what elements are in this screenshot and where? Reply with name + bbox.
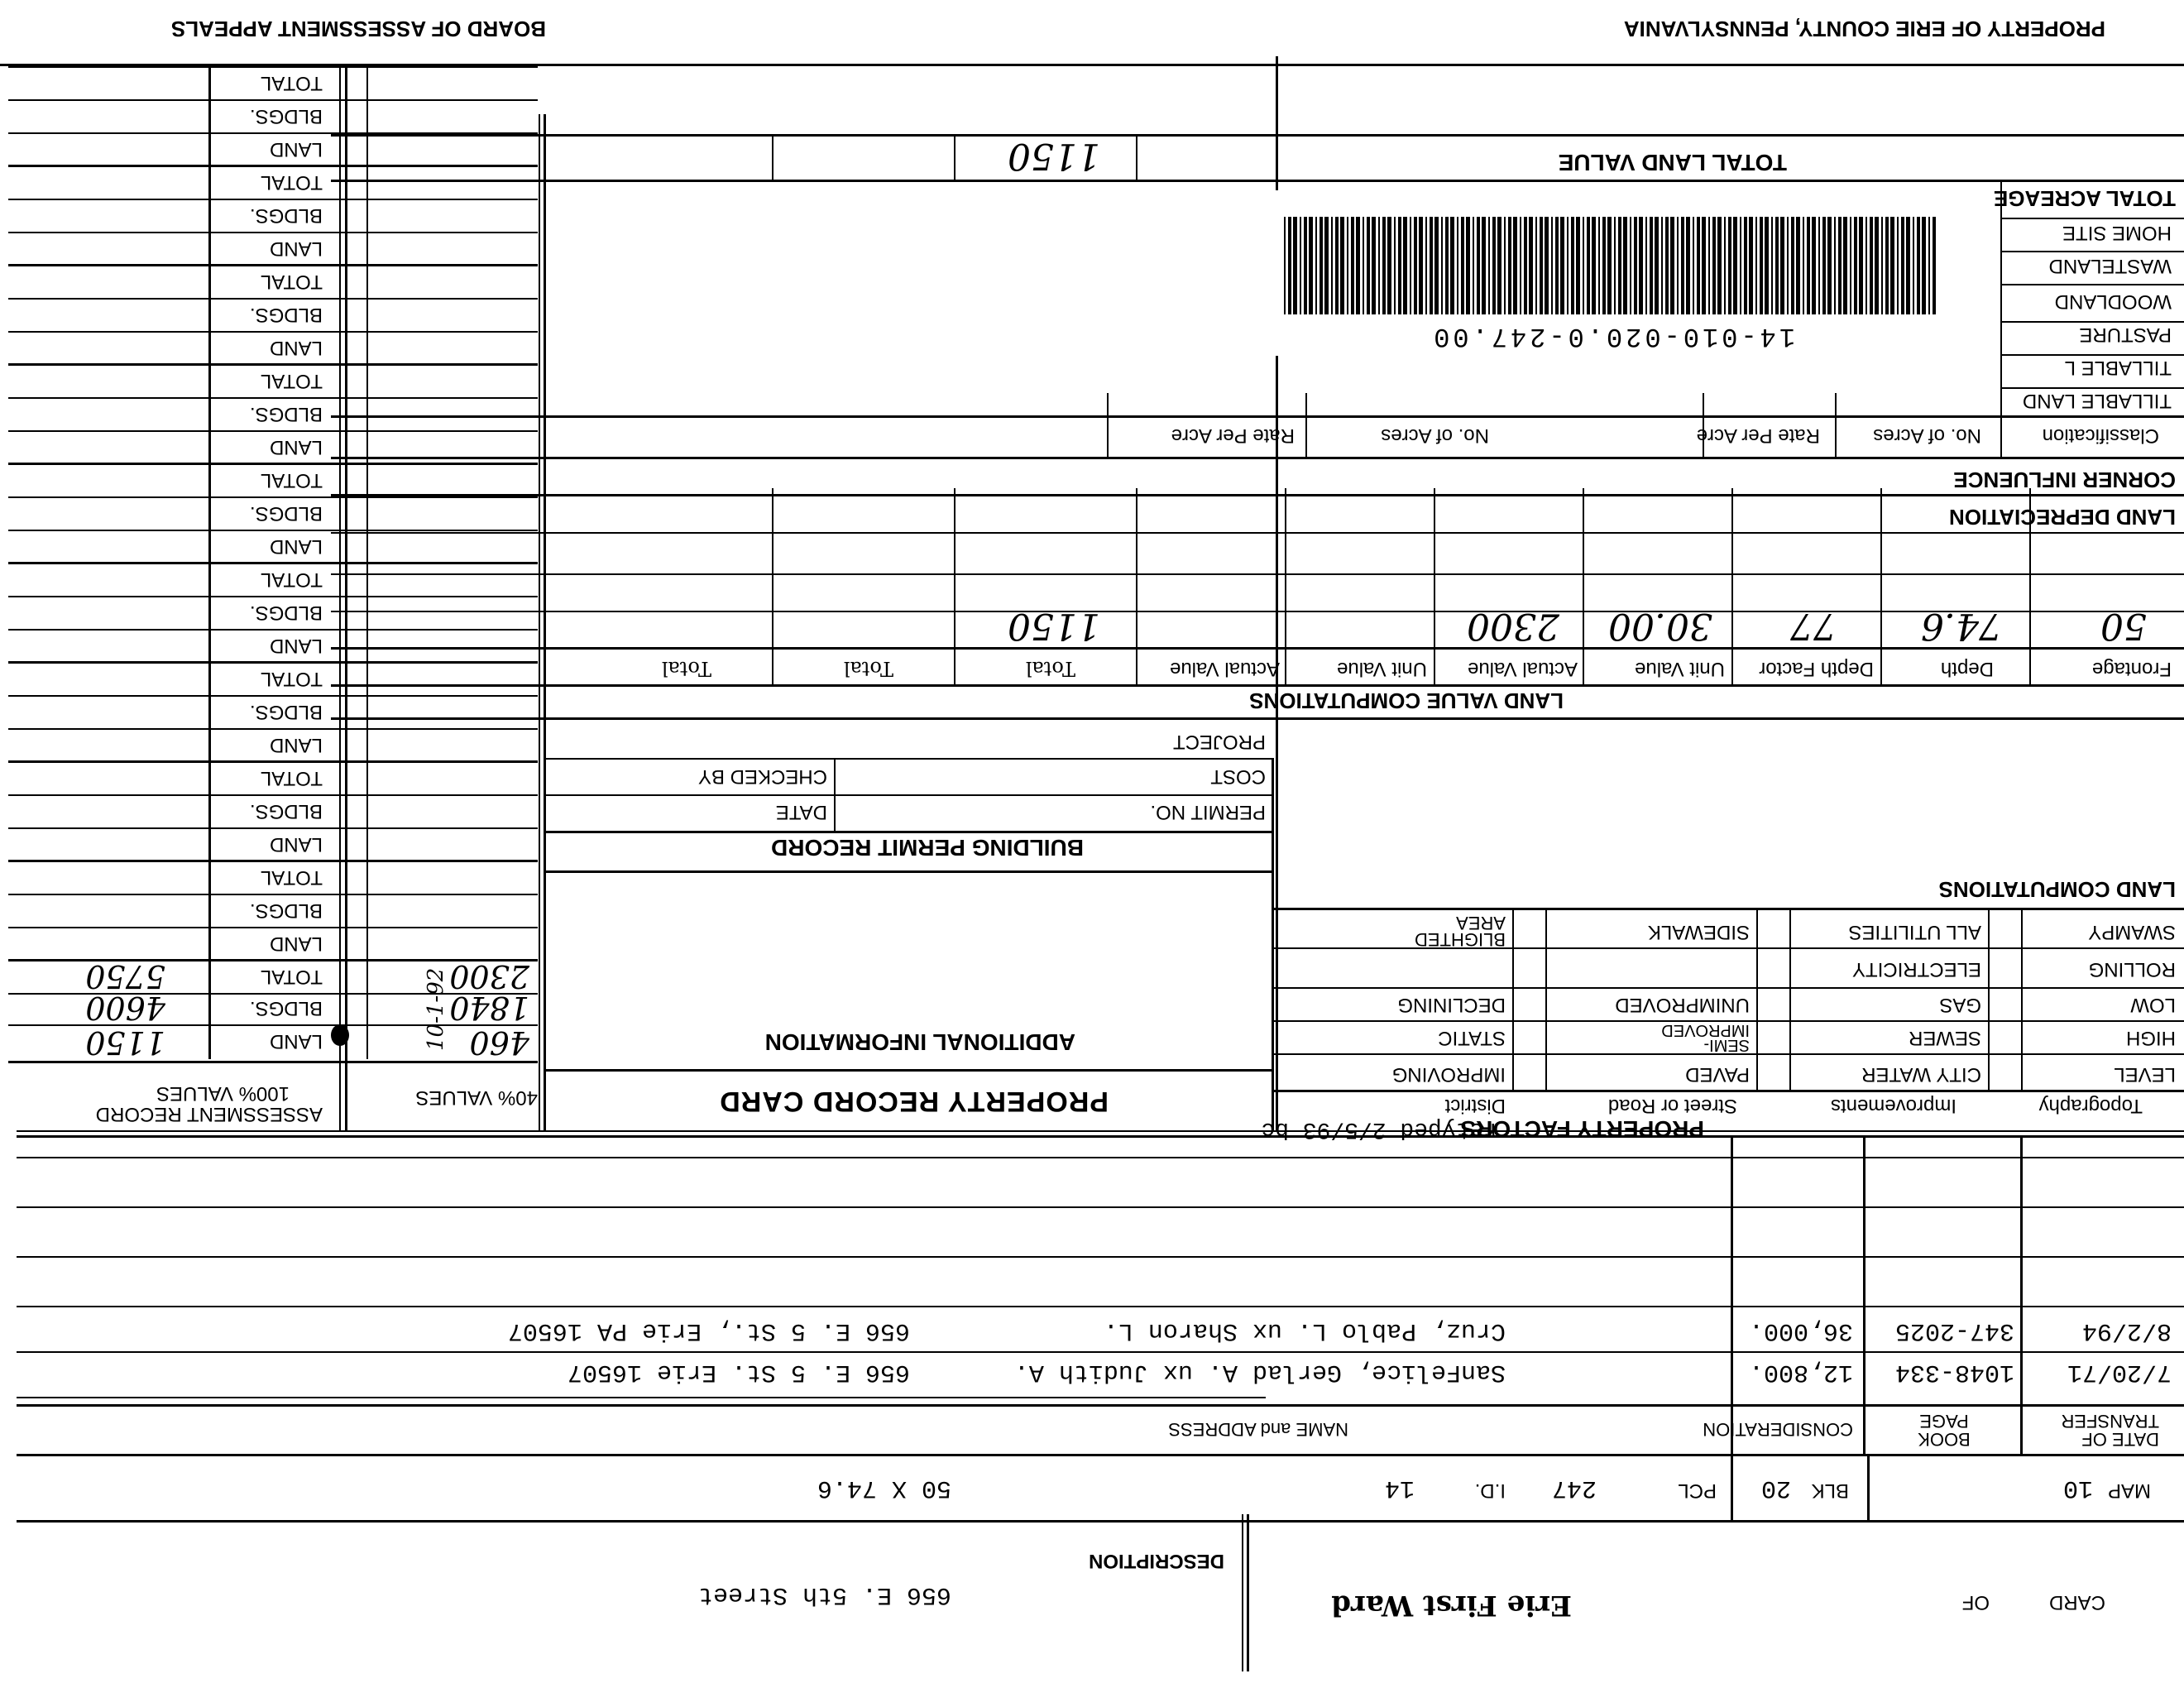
unit-value-header-2: Unit Value [1337,657,1427,680]
pcl-label: PCL [1678,1479,1717,1502]
total-40-value: 2300 [449,958,529,995]
retyped-note: retyped 2/5/93 bc [1261,1116,1497,1142]
card-of-label: OF [1962,1590,1990,1614]
rate-header-1: Rate Per Acre [1697,424,1820,447]
name-address-header: NAME and ADDRESS [1168,1418,1348,1440]
district-blighted: BLIGHTED AREA [1406,914,1506,947]
topo-high: HIGH [2126,1026,2176,1049]
total-header-3: Total [662,657,711,680]
tillable-l-label: TILLABLE L [2065,356,2172,379]
actual-value-header: Actual Value [1468,657,1578,680]
unit-value-header: Unit Value [1635,657,1725,680]
card-title: PROPERTY RECORD CARD [719,1085,1109,1117]
district-improving: IMPROVING [1392,1062,1506,1086]
barcode-text: 14-010-020.0-247.00 [1430,321,1795,352]
total-land-value-label: TOTAL LAND VALUE [1559,149,1787,175]
district-static: STATIC [1438,1026,1506,1049]
land-40-value: 460 [469,1024,529,1061]
home-site-label: HOME SITE [2062,221,2172,244]
row-land: LAND [270,1029,323,1053]
topography-header: Topography [2039,1094,2143,1117]
transfer-date-header: DATE OF TRANSFER [2035,1412,2159,1448]
blk-value: 20 [1761,1474,1791,1502]
card-label: CARD [2049,1590,2105,1614]
dimensions: 50 X 74.6 [817,1474,951,1502]
pasture-label: PASTURE [2079,323,2172,346]
district-declining: DECLINING [1397,993,1506,1016]
actual-value-header-2: Actual Value [1170,657,1280,680]
acres-header-1: No. of Acres [1873,424,1981,447]
imp-city-water: CITY WATER [1861,1062,1981,1086]
pct40-label: 40% VALUES [415,1086,538,1109]
topo-swampy: SWAMPY [2088,920,2176,943]
assessment-date-note: 10-1-92 [424,968,448,1051]
street-road-header: Street or Road [1608,1094,1737,1117]
land-depreciation-label: LAND DEPRECIATION [1949,504,2176,530]
row-total: TOTAL [261,965,323,988]
land-computations-title: LAND COMPUTATIONS [1939,876,2176,902]
property-address: 656 E. 5th Street [698,1580,951,1609]
consideration-header: CONSIDERATION [1703,1418,1853,1440]
barcode-image [1282,217,1936,314]
classification-header: Classification [2043,424,2159,447]
county-title: PROPERTY OF ERIE COUNTY, PENNSYLVANIA [1624,16,2105,41]
description-label: DESCRIPTION [1089,1549,1224,1572]
project-label: PROJECT [1173,730,1266,753]
id-value: 14 [1385,1474,1415,1502]
map-label: MAP [2108,1479,2151,1502]
topo-rolling: ROLLING [2089,957,2176,981]
ward-name: Erie First Ward [1331,1589,1572,1622]
rate-header-2: Rate Per Acre [1171,424,1295,447]
street-paved: PAVED [1685,1062,1750,1086]
improvements-header: Improvements [1831,1094,1956,1117]
land-value-computations-title: LAND VALUE COMPUTATIONS [1249,688,1564,713]
assessment-title: ASSESSMENT RECORD [96,1102,323,1125]
total-land-value: 1150 [1008,135,1100,177]
map-value: 10 [2063,1474,2093,1502]
row-bldgs: BLDGS. [250,996,323,1019]
board-title: BOARD OF ASSESSMENT APPEALS [171,16,546,41]
street-unimproved: UNIMPROVED [1615,993,1750,1016]
depth-factor-header: Depth Factor [1759,657,1874,680]
depth-header: Depth [1941,657,1994,680]
barcode-label: 14-010-020.0-247.00 [1274,190,1952,356]
id-label: I.D. [1475,1479,1506,1502]
imp-all-utilities: ALL UTILITIES [1849,920,1982,943]
imp-electricity: ELECTRICITY [1852,957,1981,981]
wasteland-label: WASTELAND [2049,254,2172,277]
book-page-header: BOOK PAGE [1903,1412,1985,1448]
permit-no-label: PERMIT NO. [1150,800,1266,823]
total-header-2: Total [844,657,893,680]
street-semi-improved: SEMI-IMPROVED [1650,1023,1750,1053]
frontage-header: Frontage [2092,657,2172,680]
blk-label: BLK [1812,1479,1849,1502]
topo-low: LOW [2130,993,2176,1016]
pct100-label: 100% VALUES [156,1081,290,1105]
bldgs-100-value: 4600 [85,990,165,1026]
imp-gas: GAS [1939,993,1981,1016]
pcl-value: 247 [1552,1474,1597,1502]
corner-influence-label: CORNER INFLUENCE [1953,467,2176,492]
land-100-value: 1150 [85,1024,165,1061]
hole-punch-dot [331,1024,349,1046]
district-header: District [1445,1094,1506,1117]
total-100-value: 5750 [85,958,165,995]
building-permit-title: BUILDING PERMIT RECORD [771,834,1084,861]
imp-sewer: SEWER [1909,1026,1981,1049]
woodland-label: WOODLAND [2055,290,2172,313]
checked-by-label: CHECKED BY [698,765,827,788]
topo-level: LEVEL [2114,1062,2176,1086]
acres-header-2: No. of Acres [1381,424,1489,447]
additional-info-title: ADDITIONAL INFORMATION [765,1029,1075,1055]
total-acreage-label: TOTAL ACREAGE [1994,185,2176,211]
cost-label: COST [1210,765,1266,788]
bldgs-40-value: 1840 [449,990,529,1026]
property-record-card: PROPERTY OF ERIE COUNTY, PENNSYLVANIA BO… [0,0,2184,1688]
tillable-land-label: TILLABLE LAND [2023,389,2172,412]
permit-date-label: DATE [776,800,827,823]
total-header-1: Total [1026,657,1075,680]
street-sidewalk: SIDEWALK [1648,920,1750,943]
